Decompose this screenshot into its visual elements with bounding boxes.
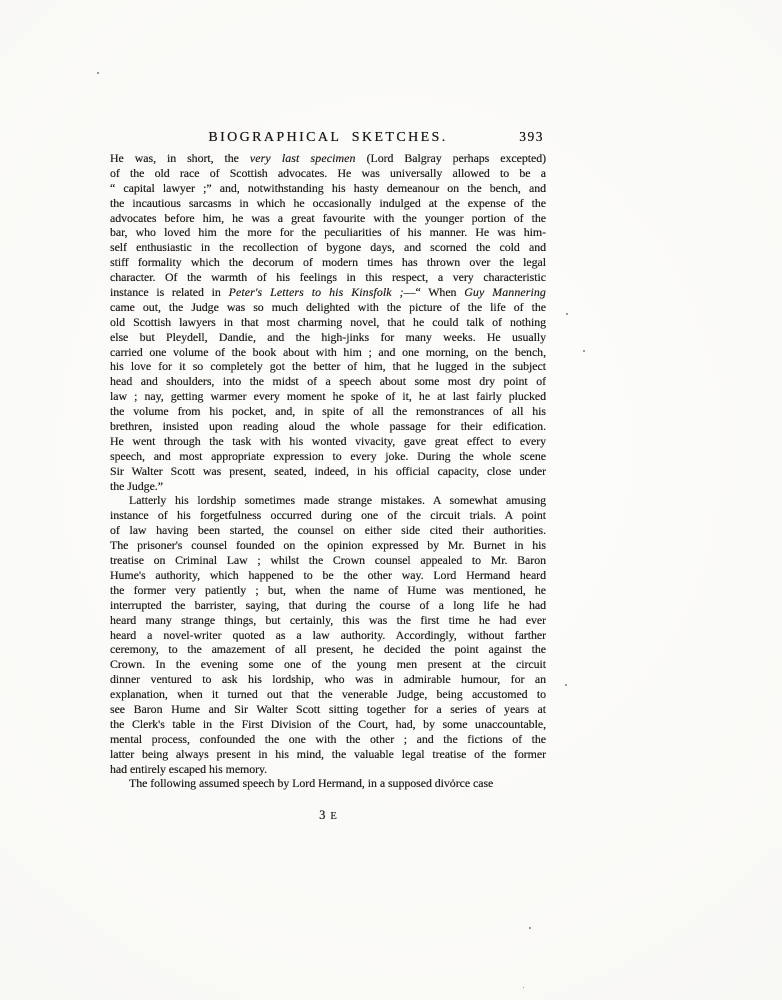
text-block: He was, in short, the very last specimen… (110, 151, 546, 791)
text-line: Latterly his lordship sometimes made str… (110, 493, 546, 508)
text-line: instance is related in Peter's Letters t… (110, 285, 546, 300)
scan-speck (97, 72, 99, 74)
text-line: The following assumed speech by Lord Her… (110, 776, 546, 791)
signature-letter: E (330, 811, 336, 822)
text-line: brethren, insisted upon reading aloud th… (110, 419, 546, 434)
text-line: else but Pleydell, Dandie, and the high-… (110, 330, 546, 345)
scan-speck (583, 350, 585, 352)
text-line: Sir Walter Scott was present, seated, in… (110, 464, 546, 479)
text-line: instance of his forgetfulness occurred d… (110, 508, 546, 523)
text-line: of law having been started, the counsel … (110, 523, 546, 538)
text-line: The prisoner's counsel founded on the op… (110, 538, 546, 553)
text-line: “ capital lawyer ;” and, notwithstanding… (110, 181, 546, 196)
text-line: treatise on Criminal Law ; whilst the Cr… (110, 553, 546, 568)
scan-speck (566, 313, 568, 315)
text-line: the former very patiently ; but, when th… (110, 583, 546, 598)
signature-mark: 3E (110, 806, 546, 824)
text-line: law ; nay, getting warmer every moment h… (110, 389, 546, 404)
page-number: 393 (519, 129, 544, 145)
text-line: He was, in short, the very last specimen… (110, 151, 546, 166)
text-line: had entirely escaped his memory. (110, 762, 546, 777)
text-line: heard many strange things, but certainly… (110, 613, 546, 628)
text-line: mental process, confounded the one with … (110, 732, 546, 747)
text-line: stiff formality which the decorum of mod… (110, 255, 546, 270)
text-line: Hume's authority, which happened to be t… (110, 568, 546, 583)
text-line: the incautious sarcasms in which he occa… (110, 196, 546, 211)
text-line: bar, who loved him the more for the pecu… (110, 225, 546, 240)
signature-number: 3 (319, 808, 325, 822)
text-line: old Scottish lawyers in that most charmi… (110, 315, 546, 330)
text-line: the volume from his pocket, and, in spit… (110, 404, 546, 419)
text-line: explanation, when it turned out that the… (110, 687, 546, 702)
page-header: BIOGRAPHICAL SKETCHES. 393 (110, 128, 546, 146)
running-title: BIOGRAPHICAL SKETCHES. (208, 130, 447, 145)
text-line: ceremony, to the amazement of all presen… (110, 642, 546, 657)
text-line: see Baron Hume and Sir Walter Scott sitt… (110, 702, 546, 717)
text-line: Crown. In the evening some one of the yo… (110, 657, 546, 672)
text-line: self enthusiastic in the recollection of… (110, 240, 546, 255)
text-line: the Judge.” (110, 479, 546, 494)
text-line: head and shoulders, into the midst of a … (110, 374, 546, 389)
text-line: He went through the task with his wonted… (110, 434, 546, 449)
text-line: speech, and most appropriate expression … (110, 449, 546, 464)
text-line: interrupted the barrister, saying, that … (110, 598, 546, 613)
text-line: of the old race of Scottish advocates. H… (110, 166, 546, 181)
text-line: his love for it so completely got the be… (110, 359, 546, 374)
book-page: BIOGRAPHICAL SKETCHES. 393 He was, in sh… (0, 0, 782, 1000)
text-line: latter being always present in his mind,… (110, 747, 546, 762)
text-line: dinner ventured to ask his lordship, who… (110, 672, 546, 687)
text-line: the Clerk's table in the First Division … (110, 717, 546, 732)
scan-speck (565, 684, 567, 686)
scan-speck (523, 987, 524, 988)
text-line: carried one volume of the book about wit… (110, 345, 546, 360)
text-line: character. Of the warmth of his feelings… (110, 270, 546, 285)
text-line: heard a novel-writer quoted as a law aut… (110, 628, 546, 643)
scan-speck (452, 779, 454, 781)
scan-speck (529, 927, 531, 929)
text-line: came out, the Judge was so much delighte… (110, 300, 546, 315)
text-line: advocates before him, he was a great fav… (110, 211, 546, 226)
